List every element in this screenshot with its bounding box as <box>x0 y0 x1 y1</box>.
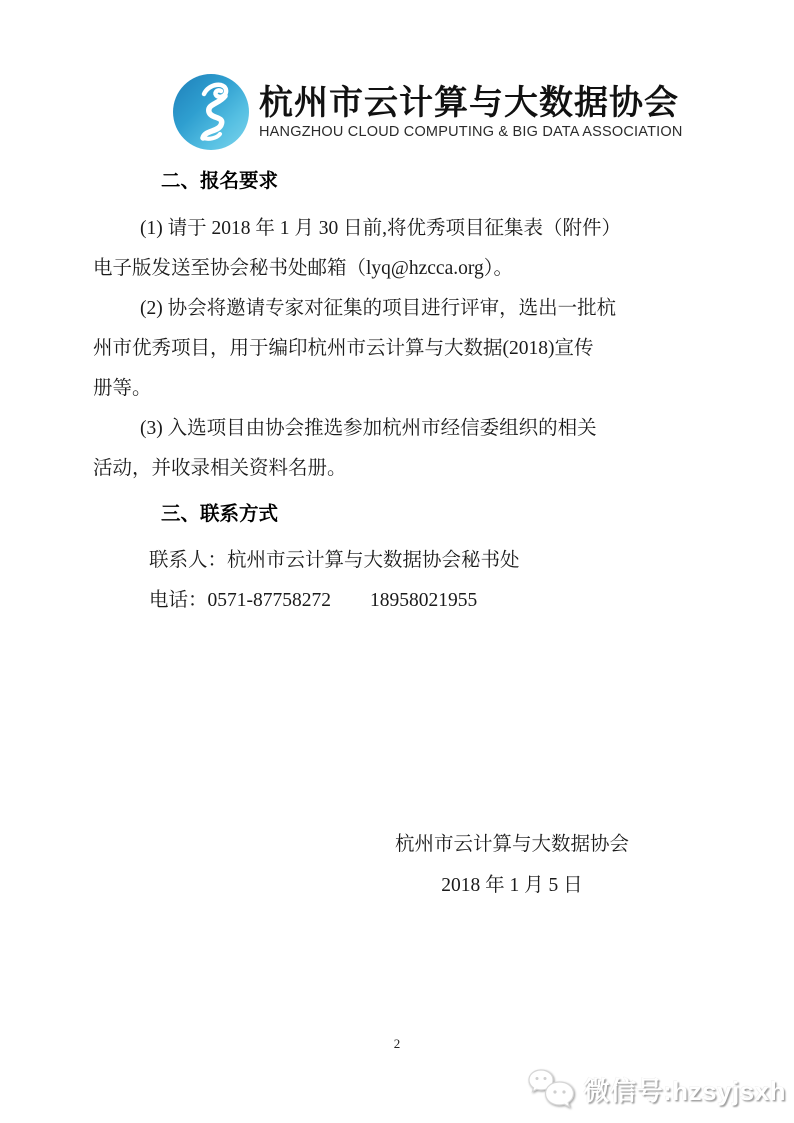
paragraph-line: (1) 请于 2018 年 1 月 30 日前,将优秀项目征集表（附件） <box>93 209 703 249</box>
paragraph-line: 活动，并收录相关资料名册。 <box>93 449 703 489</box>
paragraph-line: 电子版发送至协会秘书处邮箱（lyq@hzcca.org）。 <box>93 249 703 289</box>
document-body: 二、报名要求 (1) 请于 2018 年 1 月 30 日前,将优秀项目征集表（… <box>93 162 703 621</box>
section-heading-3: 三、联系方式 <box>93 495 703 535</box>
section-heading-2: 二、报名要求 <box>93 162 703 202</box>
paragraph-line: 册等。 <box>93 369 703 409</box>
paragraph-line: (3) 入选项目由协会推选参加杭州市经信委组织的相关 <box>93 409 703 449</box>
signature-org: 杭州市云计算与大数据协会 <box>338 824 686 865</box>
signature-date: 2018 年 1 月 5 日 <box>338 865 686 906</box>
globe-cloud-swirl-icon <box>173 74 249 150</box>
wechat-icon <box>526 1066 578 1112</box>
contact-phone-line: 电话：0571-87758272 18958021955 <box>93 581 703 621</box>
paragraph-line: 州市优秀项目，用于编印杭州市云计算与大数据(2018)宣传 <box>93 329 703 369</box>
org-name-english: HANGZHOU CLOUD COMPUTING & BIG DATA ASSO… <box>259 123 683 141</box>
org-logo-globe-icon <box>173 74 249 150</box>
contact-person-line: 联系人：杭州市云计算与大数据协会秘书处 <box>93 541 703 581</box>
wechat-watermark: 微信号:hzsyjsxh <box>526 1066 787 1112</box>
org-name-block: 杭州市云计算与大数据协会 HANGZHOU CLOUD COMPUTING & … <box>259 83 683 141</box>
letterhead: 杭州市云计算与大数据协会 HANGZHOU CLOUD COMPUTING & … <box>173 74 683 150</box>
wechat-id-text: 微信号:hzsyjsxh <box>584 1071 787 1108</box>
org-name-chinese: 杭州市云计算与大数据协会 <box>259 83 683 123</box>
page-number: 2 <box>0 1036 794 1052</box>
signature-block: 杭州市云计算与大数据协会 2018 年 1 月 5 日 <box>338 824 686 906</box>
paragraph-line: (2) 协会将邀请专家对征集的项目进行评审，选出一批杭 <box>93 289 703 329</box>
document-page: 杭州市云计算与大数据协会 HANGZHOU CLOUD COMPUTING & … <box>0 0 794 1123</box>
